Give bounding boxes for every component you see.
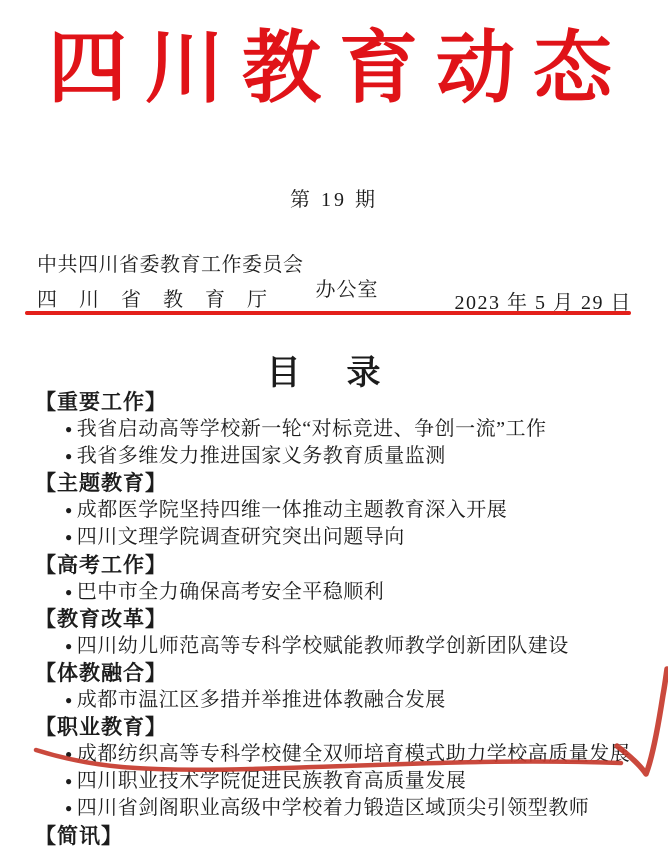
toc-item-text: 四川文理学院调查研究突出问题导向	[77, 526, 405, 548]
toc-section-label-gaokao-work: 【高考工作】	[35, 552, 658, 579]
toc-item: ●成都市温江区多措并举推进体教融合发展	[35, 687, 658, 714]
bullet-icon: ●	[65, 774, 73, 788]
toc-item-text: 我省多维发力推进国家义务教育质量监测	[77, 445, 446, 467]
publisher-block: 中共四川省委教育工作委员会 四川省教育厅 办公室 2023 年 5 月 29 日	[37, 252, 632, 315]
newsletter-title: 四川教育动态	[0, 4, 668, 118]
publisher-department: 四川省教育厅	[37, 287, 304, 313]
toc-item-text: 我省启动高等学校新一轮“对标竞进、争创一流”工作	[77, 418, 547, 440]
issue-number: 第 19 期	[0, 183, 668, 212]
toc-item-text: 四川省剑阁职业高级中学校着力锻造区域顶尖引领型教师	[77, 797, 590, 819]
toc-section-label-vocational-education: 【职业教育】	[35, 714, 658, 741]
toc-item-text: 成都市温江区多措并举推进体教融合发展	[77, 689, 446, 711]
toc-item: ●巴中市全力确保高考安全平稳顺利	[35, 579, 658, 606]
bullet-icon: ●	[65, 747, 73, 761]
bullet-icon: ●	[65, 422, 73, 436]
newsletter-cover-page: 四川教育动态 第 19 期 中共四川省委教育工作委员会 四川省教育厅 办公室 2…	[0, 0, 668, 863]
bullet-icon: ●	[65, 530, 73, 544]
toc-title: 目录	[0, 345, 668, 394]
toc-item: ●四川职业技术学院促进民族教育高质量发展	[35, 768, 658, 795]
publisher-names: 中共四川省委教育工作委员会 四川省教育厅	[37, 252, 304, 313]
toc-item-text: 成都纺织高等专科学校健全双师培育模式助力学校高质量发展	[77, 743, 631, 765]
toc-item-text: 巴中市全力确保高考安全平稳顺利	[77, 581, 385, 603]
toc-section-label-education-reform: 【教育改革】	[35, 606, 658, 633]
publisher-office: 办公室	[316, 273, 379, 302]
toc-item-text: 四川职业技术学院促进民族教育高质量发展	[77, 770, 467, 792]
bullet-icon: ●	[65, 801, 73, 815]
bullet-icon: ●	[65, 639, 73, 653]
toc-section-label-sports-education: 【体教融合】	[35, 660, 658, 687]
toc-section-label-important-work: 【重要工作】	[35, 389, 658, 416]
toc-item: ●四川幼儿师范高等专科学校赋能教师教学创新团队建设	[35, 633, 658, 660]
toc-item-underlined: ●成都纺织高等专科学校健全双师培育模式助力学校高质量发展	[35, 741, 658, 768]
toc-item: ●我省启动高等学校新一轮“对标竞进、争创一流”工作	[35, 416, 658, 443]
toc-item: ●四川文理学院调查研究突出问题导向	[35, 524, 658, 551]
toc-item: ●成都医学院坚持四维一体推动主题教育深入开展	[35, 497, 658, 524]
publisher-committee: 中共四川省委教育工作委员会	[37, 252, 304, 278]
table-of-contents: 【重要工作】 ●我省启动高等学校新一轮“对标竞进、争创一流”工作 ●我省多维发力…	[35, 389, 658, 850]
bullet-icon: ●	[65, 693, 73, 707]
header-divider-rule	[25, 311, 631, 315]
toc-item: ●我省多维发力推进国家义务教育质量监测	[35, 443, 658, 470]
bullet-icon: ●	[65, 585, 73, 599]
toc-item-text: 成都医学院坚持四维一体推动主题教育深入开展	[77, 499, 508, 521]
toc-section-label-theme-education: 【主题教育】	[35, 470, 658, 497]
bullet-icon: ●	[65, 449, 73, 463]
toc-item: ●四川省剑阁职业高级中学校着力锻造区域顶尖引领型教师	[35, 795, 658, 822]
bullet-icon: ●	[65, 503, 73, 517]
toc-item-text: 四川幼儿师范高等专科学校赋能教师教学创新团队建设	[77, 635, 569, 657]
toc-section-label-briefs: 【简讯】	[35, 823, 658, 850]
